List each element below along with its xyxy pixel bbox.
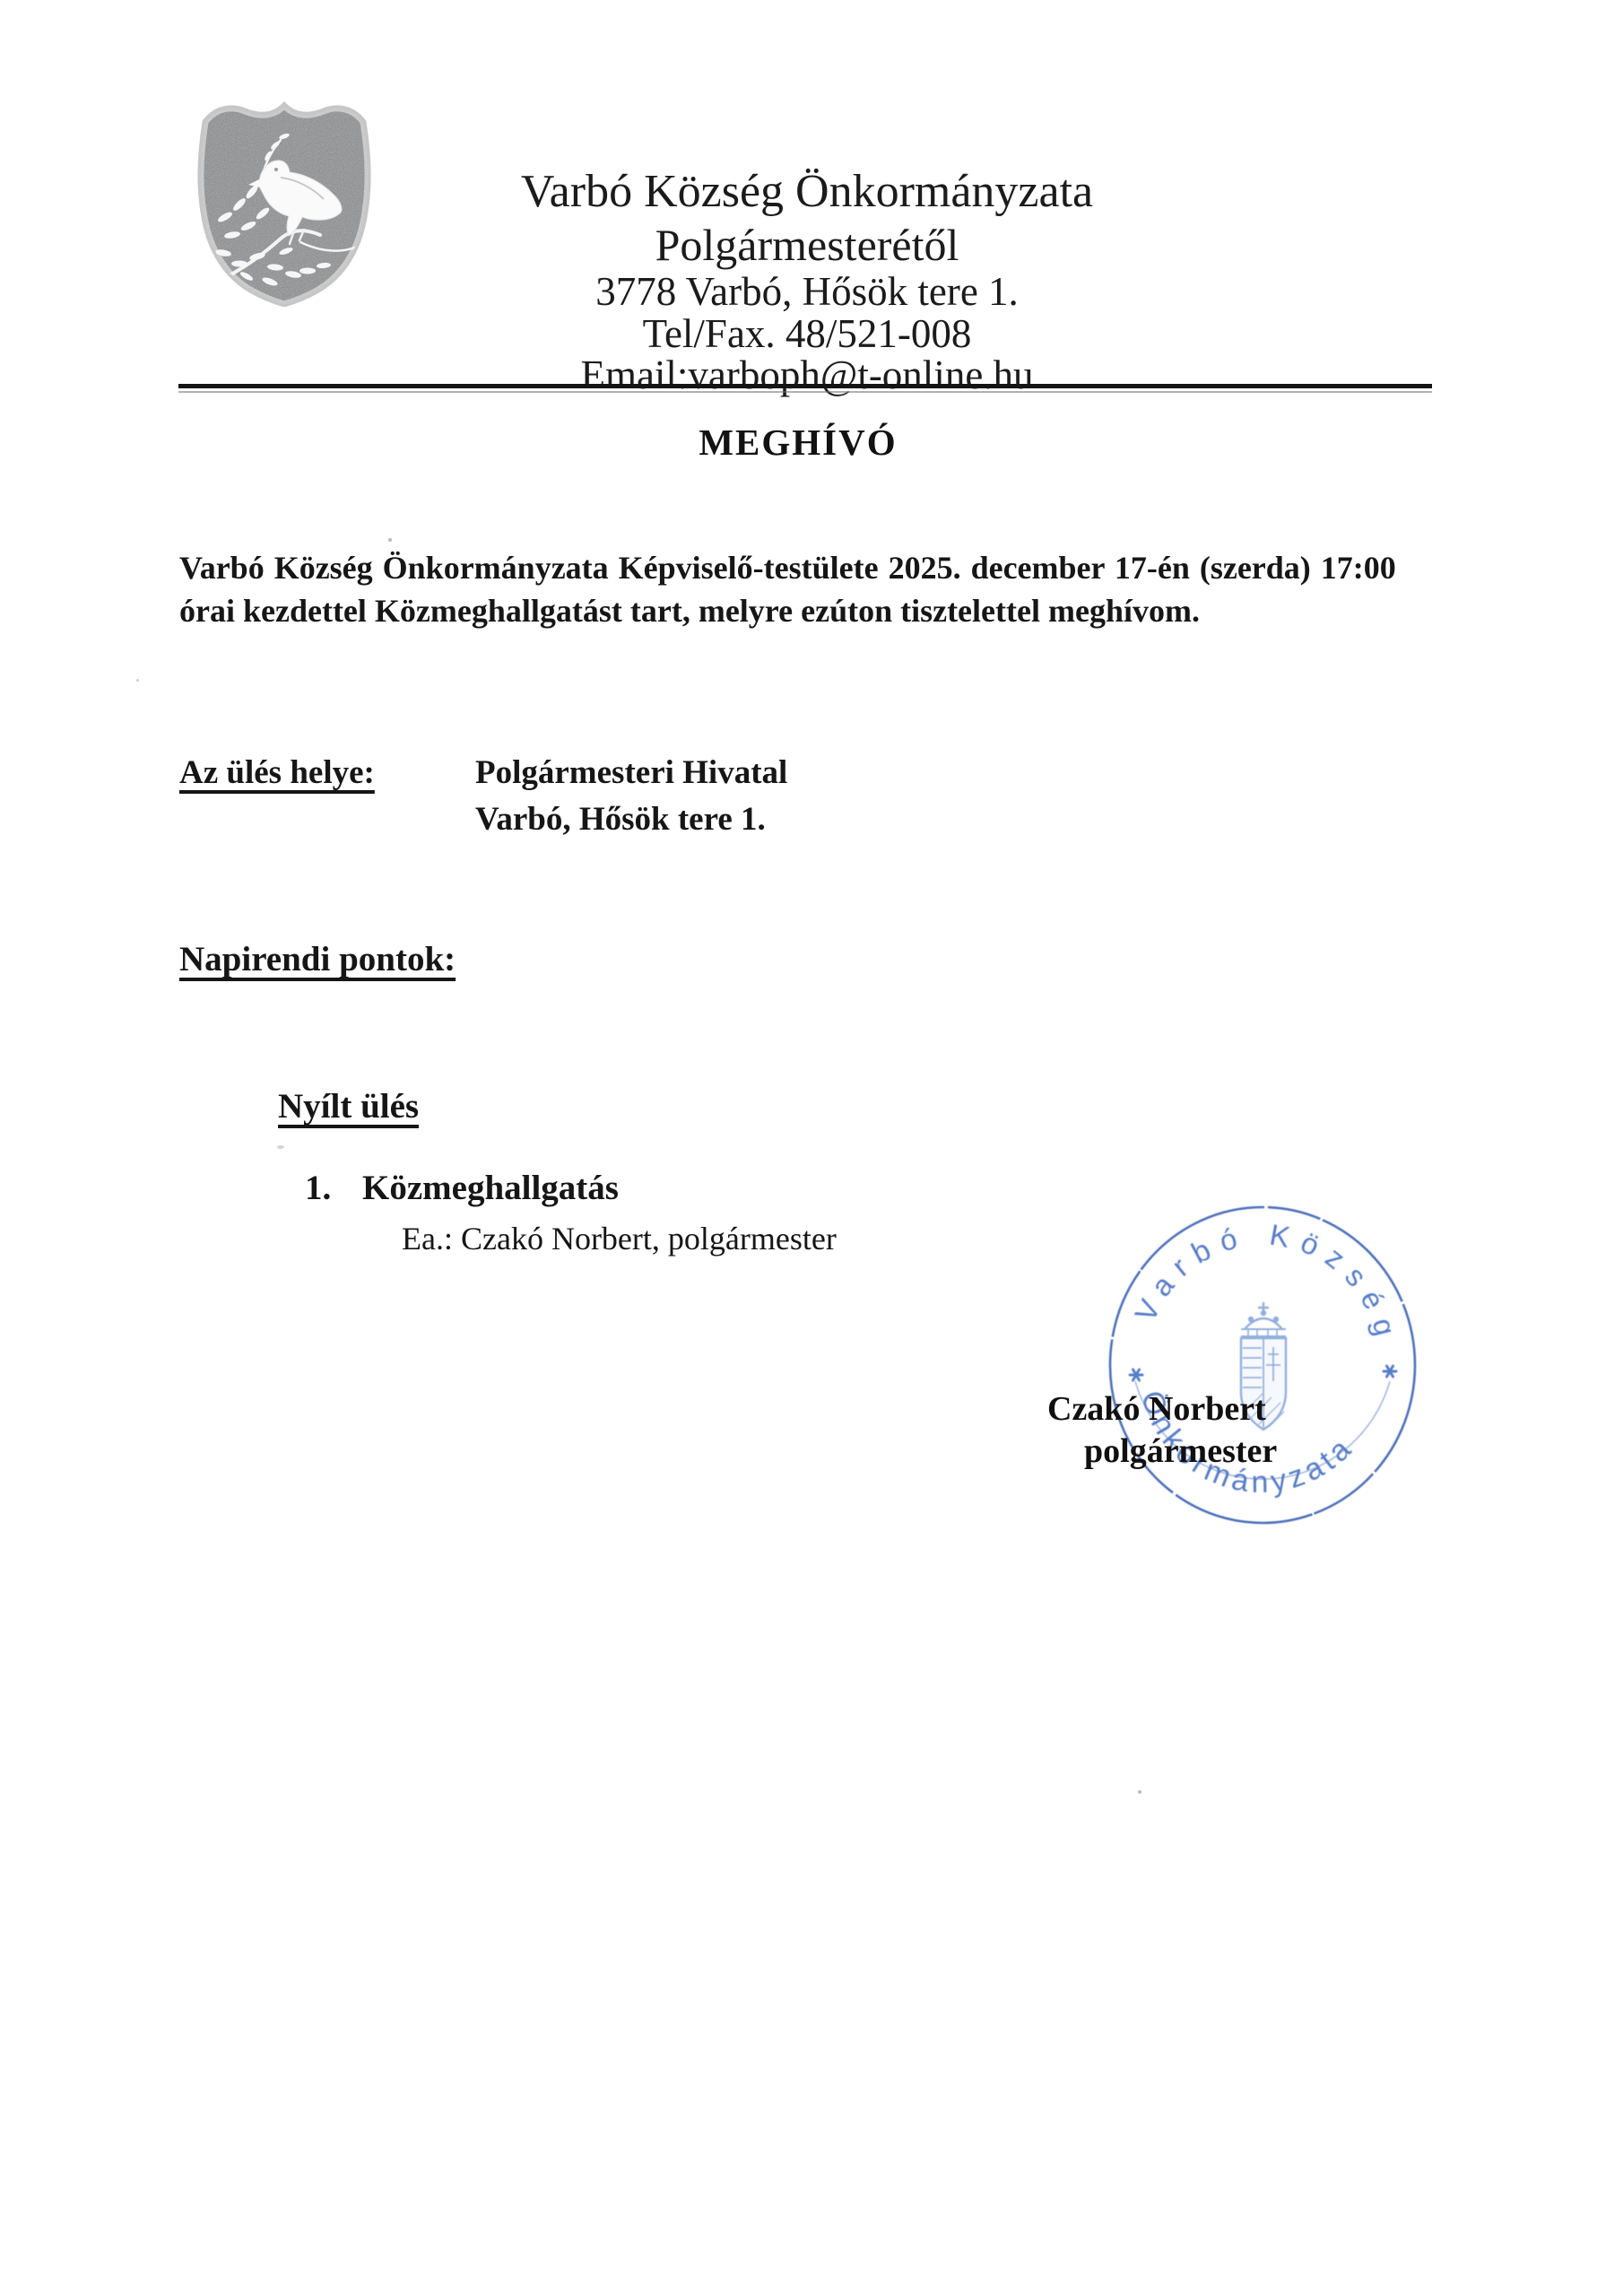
scan-speck <box>136 679 139 682</box>
scanned-invitation-document: Varbó Község Önkormányzata Polgármesteré… <box>0 0 1623 2296</box>
official-round-stamp: Varbó Község Önkormányzata <box>1105 1202 1420 1528</box>
scan-speck <box>277 1145 284 1149</box>
document-title: MEGHÍVÓ <box>0 421 1596 464</box>
agenda-item-number: 1. <box>305 1169 331 1208</box>
stamp-top-text: Varbó Község <box>1127 1204 1417 1352</box>
body-paragraph-line-2: órai kezdettel Közmeghallgatást tart, me… <box>179 593 1200 629</box>
header-divider-echo <box>178 391 1432 393</box>
stamp-star-right <box>1384 1366 1396 1377</box>
letterhead-phone: Tel/Fax. 48/521-008 <box>466 313 1148 354</box>
signature-role: polgármester <box>1084 1432 1277 1471</box>
agenda-item-presenter: Ea.: Czakó Norbert, polgármester <box>402 1221 837 1257</box>
scan-speck <box>388 538 392 542</box>
body-paragraph-line-1: Varbó Község Önkormányzata Képviselő-tes… <box>179 550 1396 586</box>
svg-text:Varbó Község: Varbó Község <box>1127 1204 1417 1352</box>
municipal-coat-of-arms-logo <box>193 99 377 307</box>
stamp-star-left <box>1130 1370 1142 1380</box>
scan-speck <box>1138 1790 1141 1794</box>
open-session-heading: Nyílt ülés <box>278 1087 419 1126</box>
letterhead-address: 3778 Varbó, Hősök tere 1. <box>466 271 1148 313</box>
letterhead-email: Email:varboph@t-online.hu <box>466 354 1148 396</box>
venue-address: Varbó, Hősök tere 1. <box>475 801 766 838</box>
agenda-heading: Napirendi pontok: <box>179 940 456 979</box>
venue-label: Az ülés helye: <box>179 754 375 791</box>
agenda-item-title: Közmeghallgatás <box>362 1169 619 1208</box>
letterhead-org-name: Varbó Község Önkormányzata <box>466 165 1148 219</box>
venue-name: Polgármesteri Hivatal <box>475 754 787 791</box>
letterhead-office: Polgármesterétől <box>466 219 1148 271</box>
header-divider-line <box>178 384 1432 388</box>
signature-name: Czakó Norbert <box>1047 1390 1266 1429</box>
letterhead: Varbó Község Önkormányzata Polgármesteré… <box>466 165 1148 396</box>
